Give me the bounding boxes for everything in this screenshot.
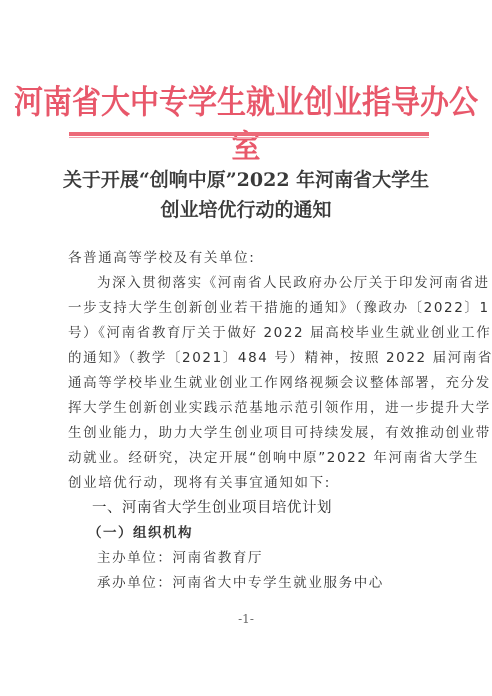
organizer-line: 主办单位：河南省教育厅	[97, 548, 457, 568]
page-number: -1-	[0, 612, 492, 626]
section-heading-1: 一、河南省大学生创业项目培优计划	[92, 498, 452, 518]
body-line: 挥大学生创新创业实践示范基地示范引领作用，进一步提升大学	[68, 398, 428, 418]
document-page: 河南省大中专学生就业创业指导办公室 关于开展“创响中原”2022 年河南省大学生…	[0, 0, 492, 696]
co-organizer-line: 承办单位：河南省大中专学生就业服务中心	[97, 573, 457, 593]
document-title-line-1: 关于开展“创响中原”2022 年河南省大学生	[0, 167, 492, 193]
body-line: 通高等学校毕业生就业创业工作网络视频会议整体部署，充分发	[68, 373, 428, 393]
org-letterhead-title: 河南省大中专学生就业创业指导办公室	[0, 79, 492, 169]
subsection-heading-1: （一）组织机构	[88, 523, 448, 543]
salutation: 各普通高等学校及有关单位:	[68, 248, 428, 268]
body-line: 的通知》（教学〔2021〕484 号）精神，按照 2022 届河南省普	[68, 348, 428, 368]
body-line: 生创业能力，助力大学生创业项目可持续发展，有效推动创业带	[68, 423, 428, 443]
letterhead-red-rule	[69, 132, 429, 136]
body-line: 动就业。经研究，决定开展“创响中原”2022 年河南省大学生	[68, 448, 428, 468]
body-line: 为深入贯彻落实《河南省人民政府办公厅关于印发河南省进	[97, 273, 457, 293]
document-title-line-2: 创业培优行动的通知	[0, 197, 492, 223]
body-line: 创业培优行动，现将有关事宜通知如下:	[68, 473, 428, 493]
body-line: 号）《河南省教育厅关于做好 2022 届高校毕业生就业创业工作	[68, 323, 428, 343]
letterhead-red-rule-thin	[69, 137, 429, 138]
body-line: 一步支持大学生创新创业若干措施的通知》（豫政办〔2022〕1	[68, 298, 428, 318]
